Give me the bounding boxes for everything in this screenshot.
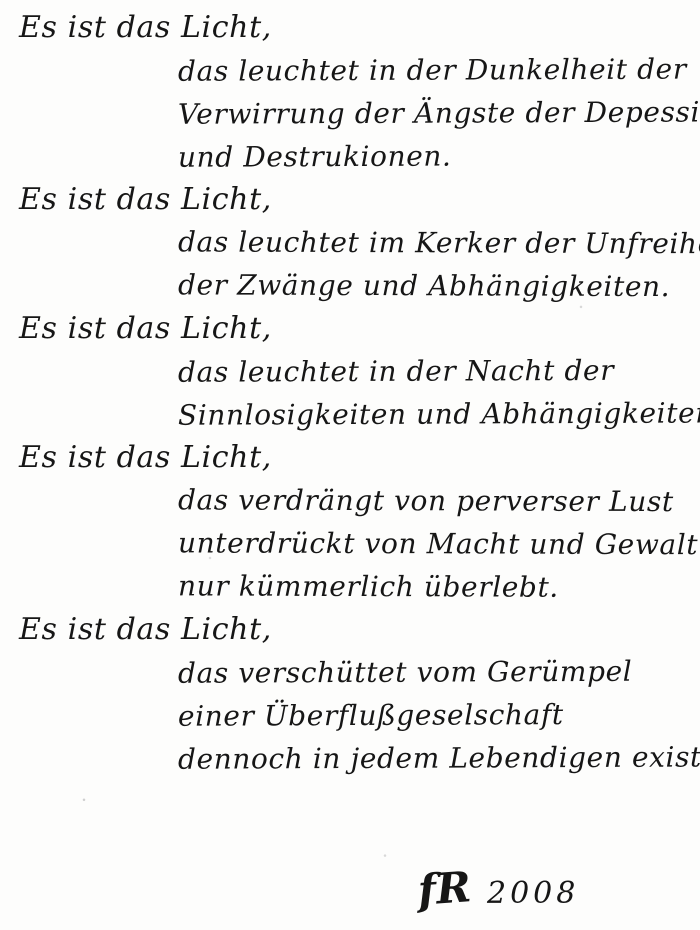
poem-line: Verwirrung der Ängste der Depessionen <box>0 90 700 136</box>
stanza-head-line: Es ist das Licht, <box>0 436 700 479</box>
poem-line: der Zwänge und Abhängigkeiten. <box>0 263 700 308</box>
stanza-head-line: Es ist das Licht, <box>0 178 700 221</box>
stanza: Es ist das Licht, das leuchtet in der Na… <box>0 307 700 436</box>
poem-line: das leuchtet im Kerker der Unfreiheiten <box>0 220 700 265</box>
poem: Es ist das Licht, das leuchtet in der Du… <box>0 6 700 780</box>
poem-line: das leuchtet in der Nacht der <box>0 348 700 394</box>
poem-line: nur kümmerlich überlebt. <box>0 564 700 609</box>
stanza-head-line: Es ist das Licht, <box>0 307 700 350</box>
paper-sheet: Es ist das Licht, das leuchtet in der Du… <box>0 0 700 930</box>
signature: fR 2008 <box>418 868 579 911</box>
stanza-head-line: Es ist das Licht, <box>0 6 700 49</box>
signature-monogram: fR <box>417 866 473 912</box>
stanza: Es ist das Licht, das verschüttet vom Ge… <box>0 608 700 780</box>
poem-line: und Destrukionen. <box>0 133 700 179</box>
poem-line: unterdrückt von Macht und Gewalt <box>0 521 700 566</box>
poem-line: das verschüttet vom Gerümpel <box>0 649 700 695</box>
poem-line: einer Überflußgeselschaft <box>0 692 700 738</box>
poem-line: Sinnlosigkeiten und Abhängigkeiten. <box>0 391 700 437</box>
poem-line: das leuchtet in der Dunkelheit der <box>0 47 700 93</box>
stanza-head-line: Es ist das Licht, <box>0 608 700 651</box>
stanza: Es ist das Licht, das leuchtet in der Du… <box>0 6 700 178</box>
poem-line: das verdrängt von perverser Lust <box>0 478 700 523</box>
signature-year: 2008 <box>487 876 579 911</box>
stanza: Es ist das Licht, das verdrängt von perv… <box>0 436 700 608</box>
poem-line: dennoch in jedem Lebendigen existirt. <box>0 735 700 781</box>
stanza: Es ist das Licht, das leuchtet im Kerker… <box>0 178 700 307</box>
